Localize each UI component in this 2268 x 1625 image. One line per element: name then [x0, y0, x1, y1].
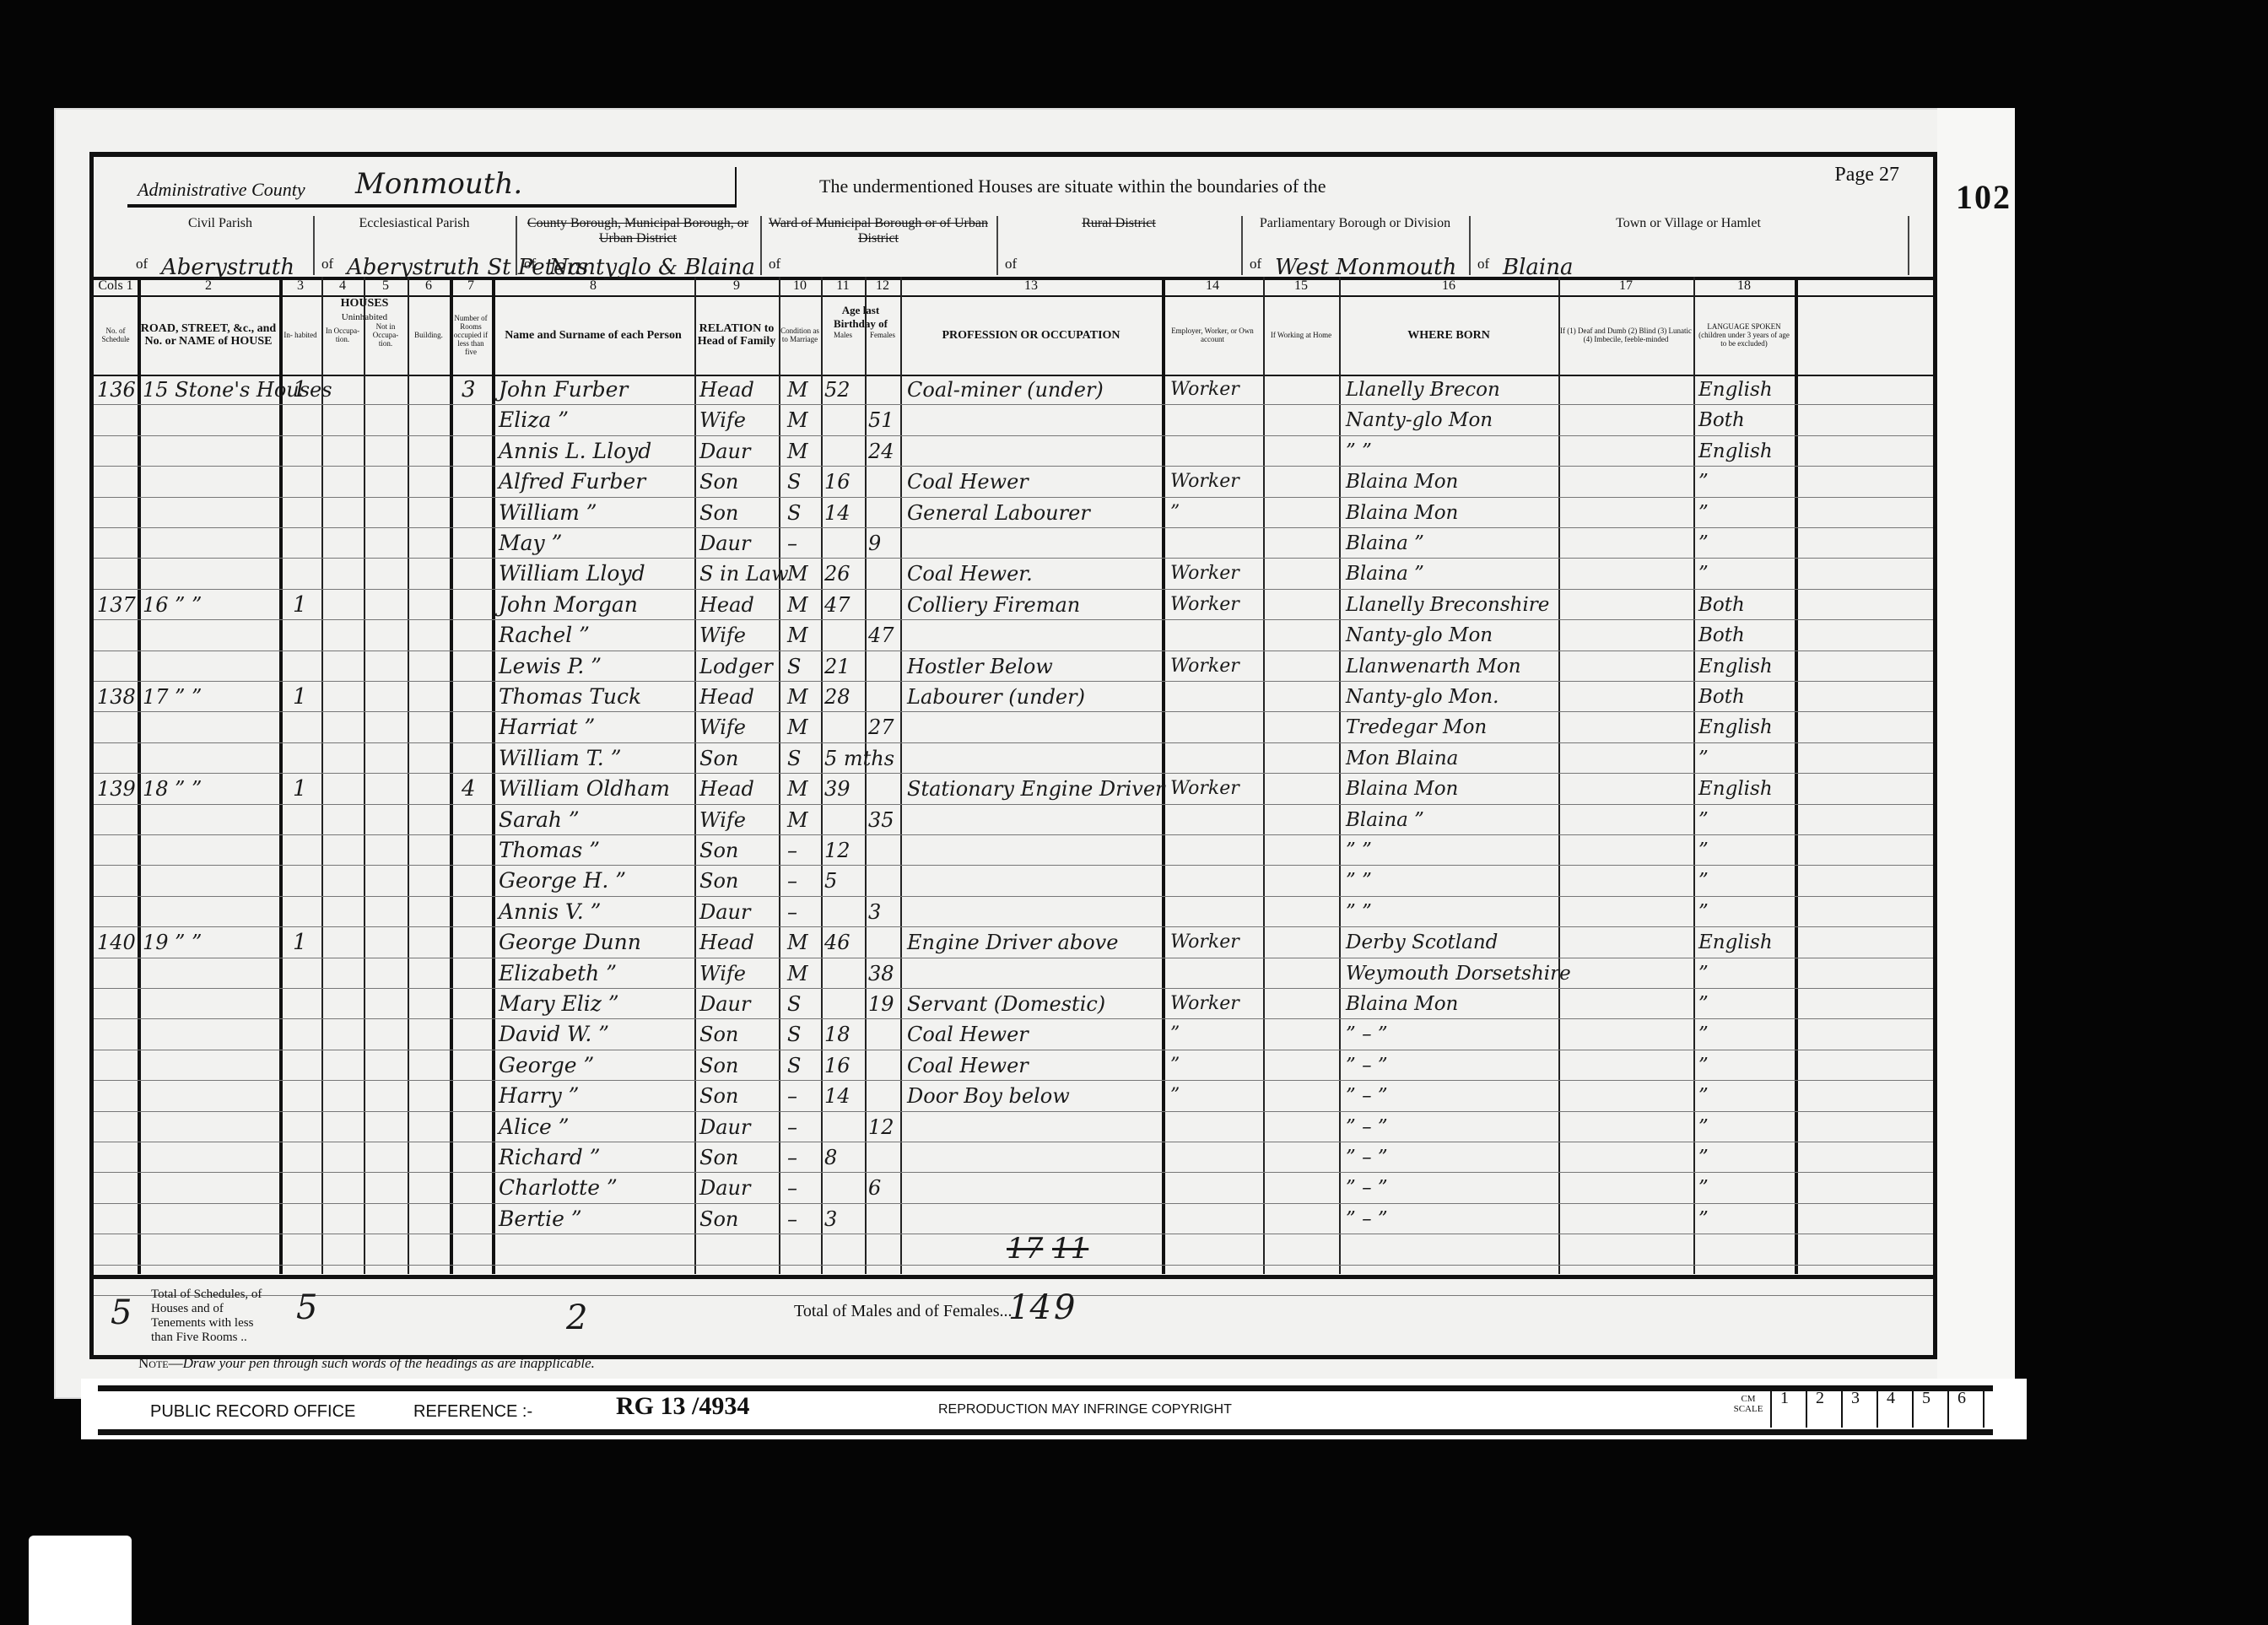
note-prefix: Note—: [138, 1355, 183, 1371]
cell-relation: Son: [699, 1206, 738, 1233]
office-label: PUBLIC RECORD OFFICE: [150, 1402, 355, 1422]
cell-schedule: 136: [97, 376, 136, 403]
scale-tick: 4: [1876, 1389, 1912, 1428]
film-marker: [29, 1536, 132, 1625]
column-number: 14: [1162, 278, 1263, 294]
cell-relation: Wife: [699, 622, 746, 649]
cell-male-age: 12: [824, 837, 850, 864]
cell-name: William T. ”: [499, 745, 621, 772]
cell-language: ”: [1698, 1144, 1709, 1171]
header-field-value: Nantyglo & Blaina: [549, 260, 755, 275]
cell-birthplace: ” – ”: [1346, 1082, 1388, 1109]
cell-name: Harriat ”: [499, 714, 595, 741]
cell-name: John Furber: [499, 376, 628, 403]
cell-male-age: 28: [824, 683, 850, 710]
column-header-language: LANGUAGE SPOKEN (children under 3 years …: [1693, 295, 1795, 375]
total-males: 14: [1008, 1294, 1051, 1321]
cell-occupation: Door Boy below: [907, 1082, 1070, 1109]
cell-occupation: Coal Hewer: [907, 468, 1029, 495]
cell-birthplace: Derby Scotland: [1346, 929, 1498, 956]
cell-relation: Daur: [699, 1174, 750, 1201]
cell-name: Sarah ”: [499, 807, 580, 834]
cell-name: Richard ”: [499, 1144, 601, 1171]
boundaries-intro: The undermentioned Houses are situate wi…: [819, 175, 1326, 197]
census-row: Annis V. ”Daur–3” ””: [94, 897, 1933, 927]
cell-language: ”: [1698, 468, 1709, 495]
page-label: Page: [1834, 164, 1874, 186]
header-field-of: of: [321, 256, 333, 272]
cell-condition: –: [787, 1144, 797, 1171]
cell-birthplace: Blaina Mon: [1346, 499, 1458, 526]
cell-relation: Wife: [699, 807, 746, 834]
cell-relation: Head: [699, 376, 754, 403]
census-row: Sarah ”WifeM35Blaina ””: [94, 805, 1933, 835]
cell-language: ”: [1698, 899, 1709, 926]
column-number: 17: [1558, 278, 1693, 294]
cell-name: William Oldham: [499, 775, 670, 802]
cell-birthplace: ” ”: [1346, 837, 1372, 864]
header-field: Parliamentary Borough or DivisionofWest …: [1241, 216, 1471, 275]
census-row: Charlotte ”Daur–6” – ””: [94, 1173, 1933, 1203]
cell-language: English: [1698, 376, 1773, 403]
cell-male-age: 21: [824, 653, 850, 680]
cell-employment: Worker: [1170, 560, 1239, 587]
header-field: Ward of Municipal Borough or of Urban Di…: [760, 216, 998, 275]
cell-condition: S: [787, 499, 801, 526]
census-row: Alice ”Daur–12” – ””: [94, 1112, 1933, 1142]
cell-birthplace: Llanelly Breconshire: [1346, 591, 1549, 618]
header-field-value: Blaina: [1503, 260, 1573, 275]
cell-employment: ”: [1170, 499, 1180, 526]
column-header-condition: Condition as to Marriage: [779, 295, 821, 375]
cell-language: ”: [1698, 960, 1709, 987]
cell-name: George H. ”: [499, 867, 626, 894]
cell-male-age: 47: [824, 591, 850, 618]
cell-male-age: 39: [824, 775, 850, 802]
column-headers: No. of ScheduleROAD, STREET, &c., and No…: [94, 295, 1933, 376]
cell-birthplace: Llanelly Brecon: [1346, 376, 1500, 403]
total-tenements: 2: [566, 1304, 587, 1331]
cell-relation: Daur: [699, 899, 750, 926]
scale-tick: 6: [1947, 1389, 1983, 1428]
total-houses-inhabited: 5: [296, 1294, 317, 1321]
totals-row: 5 Total of Schedules, of Houses and of T…: [94, 1275, 1933, 1355]
cell-female-age: 51: [868, 407, 894, 434]
note-text: Draw your pen through such words of the …: [183, 1355, 595, 1371]
column-number: 5: [364, 278, 408, 294]
cell-language: Both: [1698, 591, 1745, 618]
total-schedules: 5: [111, 1299, 132, 1326]
column-header-schedule: No. of Schedule: [94, 295, 138, 375]
cell-language: English: [1698, 653, 1773, 680]
column-number: 8: [492, 278, 694, 294]
county-label: Administrative County: [138, 179, 305, 201]
cell-inhabited: 1: [293, 775, 307, 802]
cell-schedule: 138: [97, 683, 136, 710]
census-row: 13918 ” ”14William OldhamHeadM39Stationa…: [94, 774, 1933, 804]
column-numbers: Cols 123456789101112131415161718: [94, 277, 1933, 297]
cell-name: William ”: [499, 499, 597, 526]
totals-schedules-label: Total of Schedules, of Houses and of Ten…: [151, 1288, 278, 1345]
total-females: 9: [1054, 1294, 1075, 1321]
cell-relation: Daur: [699, 1114, 750, 1141]
cell-birthplace: ” ”: [1346, 438, 1372, 465]
cell-relation: Son: [699, 745, 738, 772]
cell-employment: Worker: [1170, 775, 1239, 802]
cell-condition: M: [787, 929, 808, 956]
cell-name: Rachel ”: [499, 622, 590, 649]
cell-occupation: Coal-miner (under): [907, 376, 1104, 403]
column-header-occupation: PROFESSION OR OCCUPATION: [900, 295, 1162, 375]
scale-end: [1983, 1389, 2033, 1428]
scale-tick: 1: [1770, 1389, 1806, 1428]
cell-birthplace: ” – ”: [1346, 1174, 1388, 1201]
cell-birthplace: Blaina Mon: [1346, 991, 1458, 1018]
cell-employment: ”: [1170, 1052, 1180, 1079]
cell-occupation: Colliery Fireman: [907, 591, 1080, 618]
census-row: 13716 ” ”1John MorganHeadM47Colliery Fir…: [94, 590, 1933, 620]
cell-address: 16 ” ”: [143, 591, 202, 618]
cell-relation: Head: [699, 591, 754, 618]
page-margin: 102: [1937, 108, 2015, 1399]
cell-female-age: 19: [868, 991, 894, 1018]
cell-condition: M: [787, 807, 808, 834]
cell-language: ”: [1698, 807, 1709, 834]
cell-name: Lewis P. ”: [499, 653, 602, 680]
cell-birthplace: ” – ”: [1346, 1144, 1388, 1171]
cell-name: Harry ”: [499, 1082, 579, 1109]
form-note: Note—Draw your pen through such words of…: [138, 1355, 595, 1372]
cell-language: ”: [1698, 837, 1709, 864]
column-number: 9: [694, 278, 779, 294]
census-row: Elizabeth ”WifeM38Weymouth Dorsetshire”: [94, 958, 1933, 989]
cell-condition: S: [787, 1052, 801, 1079]
column-number: Cols 1: [94, 278, 138, 294]
cell-female-age: 27: [868, 714, 894, 741]
cell-occupation: Stationary Engine Driver: [907, 775, 1165, 802]
cell-name: George ”: [499, 1052, 594, 1079]
cell-female-age: 35: [868, 807, 894, 834]
cell-language: English: [1698, 775, 1773, 802]
column-number: 2: [138, 278, 279, 294]
scale-label: CM SCALE: [1726, 1389, 1770, 1431]
totals-males-females-label: Total of Males and of Females...: [794, 1304, 1012, 1319]
header-field-value: West Monmouth: [1275, 260, 1456, 275]
cell-schedule: 140: [97, 929, 136, 956]
cell-birthplace: Blaina Mon: [1346, 468, 1458, 495]
cell-relation: S in Law: [699, 560, 789, 587]
cell-condition: M: [787, 683, 808, 710]
cell-condition: –: [787, 1082, 797, 1109]
census-row: 14019 ” ”1George DunnHeadM46Engine Drive…: [94, 927, 1933, 958]
age-group-header: Age last Birthday of: [821, 304, 900, 331]
header-field: Rural Districtof: [996, 216, 1243, 275]
census-row: Alfred FurberSonS16Coal HewerWorkerBlain…: [94, 467, 1933, 497]
strip-top-rule: [98, 1385, 1993, 1391]
cell-birthplace: Llanwenarth Mon: [1346, 653, 1521, 680]
column-number: 4: [321, 278, 364, 294]
cell-birthplace: Blaina ”: [1346, 560, 1424, 587]
header-field-of: of: [1005, 256, 1017, 272]
cell-female-age: 9: [868, 530, 881, 557]
cell-name: Bertie ”: [499, 1206, 582, 1233]
cell-occupation: Servant (Domestic): [907, 991, 1105, 1018]
census-row: Annis L. LloydDaurM24” ”English: [94, 436, 1933, 467]
cell-male-age: 16: [824, 468, 850, 495]
cell-female-age: 3: [868, 899, 881, 926]
cell-language: ”: [1698, 560, 1709, 587]
cell-condition: S: [787, 468, 801, 495]
cell-condition: –: [787, 1206, 797, 1233]
cell-condition: M: [787, 960, 808, 987]
cell-birthplace: Mon Blaina: [1346, 745, 1458, 772]
census-row: May ”Daur–9Blaina ””: [94, 528, 1933, 559]
cell-name: Eliza ”: [499, 407, 569, 434]
header-field-label: Town or Village or Hamlet: [1469, 216, 1908, 231]
county-value: Monmouth.: [355, 167, 522, 201]
cell-name: Alfred Furber: [499, 468, 645, 495]
cell-birthplace: Blaina ”: [1346, 530, 1424, 557]
cell-employment: ”: [1170, 1082, 1180, 1109]
copyright-notice: REPRODUCTION MAY INFRINGE COPYRIGHT: [938, 1402, 1232, 1417]
cell-occupation: Labourer (under): [907, 683, 1085, 710]
cell-occupation: Coal Hewer.: [907, 560, 1033, 587]
cell-language: ”: [1698, 1206, 1709, 1233]
column-number: 10: [779, 278, 821, 294]
cell-name: John Morgan: [499, 591, 638, 618]
cell-language: ”: [1698, 991, 1709, 1018]
cell-relation: Lodger: [699, 653, 773, 680]
column-header-employment: Employer, Worker, or Own account: [1162, 295, 1263, 375]
header-field-value: Aberystruth: [161, 260, 294, 275]
cell-name: Alice ”: [499, 1114, 570, 1141]
cell-language: ”: [1698, 745, 1709, 772]
cell-relation: Son: [699, 837, 738, 864]
cell-occupation: Engine Driver above: [907, 929, 1118, 956]
cell-name: Charlotte ”: [499, 1174, 618, 1201]
cell-employment: Worker: [1170, 929, 1239, 956]
census-row: William LloydS in LawM26Coal Hewer.Worke…: [94, 559, 1933, 589]
cell-name: Mary Eliz ”: [499, 991, 619, 1018]
cell-birthplace: Tredegar Mon: [1346, 714, 1487, 741]
cell-schedule: 137: [97, 591, 136, 618]
cell-male-age: 3: [824, 1206, 837, 1233]
column-header-rooms: Number of Rooms occupied if less than fi…: [450, 295, 492, 375]
census-row: Lewis P. ”LodgerS21Hostler BelowWorkerLl…: [94, 651, 1933, 682]
header-field-label: Parliamentary Borough or Division: [1241, 216, 1469, 231]
header-field: Civil ParishofAberystruth: [127, 216, 315, 275]
column-number: 16: [1339, 278, 1558, 294]
census-row: George H. ”Son–5” ””: [94, 866, 1933, 896]
header-field: Ecclesiastical ParishofAberystruth St Pe…: [313, 216, 517, 275]
cell-name: George Dunn: [499, 929, 641, 956]
header-field-label: Ecclesiastical Parish: [313, 216, 516, 231]
cell-condition: –: [787, 899, 797, 926]
column-header-name: Name and Surname of each Person: [492, 295, 694, 375]
scale-tick: 5: [1912, 1389, 1947, 1428]
cell-relation: Head: [699, 775, 754, 802]
cell-condition: M: [787, 438, 808, 465]
cell-male-age: 5 mths: [824, 745, 894, 772]
cell-condition: M: [787, 714, 808, 741]
cell-condition: M: [787, 622, 808, 649]
cell-name: Thomas ”: [499, 837, 600, 864]
cell-employment: ”: [1170, 1021, 1180, 1048]
cell-condition: –: [787, 837, 797, 864]
cell-male-age: 5: [824, 867, 837, 894]
total-males-struck: 17: [1007, 1235, 1043, 1262]
cell-male-age: 18: [824, 1021, 850, 1048]
cell-name: Elizabeth ”: [499, 960, 617, 987]
cell-inhabited: 1: [293, 683, 307, 710]
cell-language: ”: [1698, 499, 1709, 526]
cell-relation: Son: [699, 499, 738, 526]
census-sheet: 102 Administrative County Monmouth. The …: [54, 108, 2015, 1399]
column-number: 13: [900, 278, 1162, 294]
cell-relation: Son: [699, 867, 738, 894]
cell-occupation: Hostler Below: [907, 653, 1053, 680]
header-field-of: of: [769, 256, 780, 272]
cell-name: William Lloyd: [499, 560, 645, 587]
cell-language: English: [1698, 714, 1773, 741]
cell-relation: Daur: [699, 530, 750, 557]
cell-employment: Worker: [1170, 468, 1239, 495]
cell-condition: S: [787, 991, 801, 1018]
census-row: Harry ”Son–14Door Boy below”” – ””: [94, 1081, 1933, 1111]
cell-occupation: General Labourer: [907, 499, 1090, 526]
cell-language: ”: [1698, 1174, 1709, 1201]
cell-employment: Worker: [1170, 591, 1239, 618]
cell-relation: Daur: [699, 991, 750, 1018]
census-row: Mary Eliz ”DaurS19Servant (Domestic)Work…: [94, 989, 1933, 1019]
cell-relation: Daur: [699, 438, 750, 465]
column-header-at-home: If Working at Home: [1263, 295, 1339, 375]
scale-tick: 2: [1806, 1389, 1841, 1428]
reference-label: REFERENCE :-: [413, 1402, 532, 1422]
header-field-label: Civil Parish: [127, 216, 313, 231]
column-header-infirmity: If (1) Deaf and Dumb (2) Blind (3) Lunat…: [1558, 295, 1693, 375]
cell-language: ”: [1698, 1021, 1709, 1048]
cell-language: ”: [1698, 530, 1709, 557]
strip-bottom-rule: [98, 1429, 1993, 1435]
cell-name: David W. ”: [499, 1021, 609, 1048]
cell-name: Annis L. Lloyd: [499, 438, 651, 465]
cell-inhabited: 1: [293, 591, 307, 618]
cell-condition: M: [787, 376, 808, 403]
cell-occupation: Coal Hewer: [907, 1052, 1029, 1079]
cell-name: May ”: [499, 530, 562, 557]
cell-female-age: 24: [868, 438, 894, 465]
cell-birthplace: Blaina ”: [1346, 807, 1424, 834]
cell-relation: Son: [699, 1144, 738, 1171]
header-field-of: of: [1477, 256, 1489, 272]
census-row: William T. ”SonS5 mthsMon Blaina”: [94, 743, 1933, 774]
cell-schedule: 139: [97, 775, 136, 802]
cell-language: Both: [1698, 622, 1745, 649]
cell-employment: Worker: [1170, 653, 1239, 680]
census-row: 13817 ” ”1Thomas TuckHeadM28Labourer (un…: [94, 682, 1933, 712]
census-row: 13615 Stone's Houses13John FurberHeadM52…: [94, 375, 1933, 405]
cell-relation: Son: [699, 1052, 738, 1079]
census-row: Richard ”Son–8” – ””: [94, 1142, 1933, 1173]
cell-relation: Son: [699, 1021, 738, 1048]
cell-condition: S: [787, 1021, 801, 1048]
header-field-label: Rural District: [996, 216, 1241, 231]
cell-inhabited: 1: [293, 929, 307, 956]
census-row: Rachel ”WifeM47Nanty-glo MonBoth: [94, 620, 1933, 651]
cell-relation: Son: [699, 468, 738, 495]
cell-relation: Wife: [699, 714, 746, 741]
cell-birthplace: Nanty-glo Mon: [1346, 407, 1493, 434]
cell-language: ”: [1698, 1052, 1709, 1079]
cell-male-age: 8: [824, 1144, 837, 1171]
cell-birthplace: Nanty-glo Mon.: [1346, 683, 1498, 710]
cell-address: 18 ” ”: [143, 775, 202, 802]
cell-relation: Wife: [699, 407, 746, 434]
header-field-label: County Borough, Municipal Borough, or Ur…: [516, 216, 760, 246]
cell-rooms: 3: [462, 376, 476, 403]
cell-birthplace: Weymouth Dorsetshire: [1346, 960, 1571, 987]
census-row: George ”SonS16Coal Hewer”” – ””: [94, 1050, 1933, 1081]
cell-male-age: 16: [824, 1052, 850, 1079]
cell-rooms: 4: [462, 775, 476, 802]
census-form: Administrative County Monmouth. The unde…: [89, 152, 1937, 1359]
folio-number: 102: [1956, 177, 2011, 217]
cell-male-age: 14: [824, 499, 850, 526]
cell-condition: –: [787, 1174, 797, 1201]
header-field-of: of: [524, 256, 536, 272]
header-field: County Borough, Municipal Borough, or Ur…: [516, 216, 762, 275]
cm-scale: CM SCALE 123456: [1726, 1389, 2033, 1431]
total-females-struck: 11: [1052, 1235, 1088, 1262]
column-number: 7: [450, 278, 492, 294]
page-number: 27: [1879, 164, 1899, 186]
cell-language: ”: [1698, 867, 1709, 894]
cell-relation: Wife: [699, 960, 746, 987]
cell-condition: S: [787, 745, 801, 772]
page-indicator: Page 27: [1834, 164, 1899, 186]
column-header-address: ROAD, STREET, &c., and No. or NAME of HO…: [138, 295, 279, 375]
column-number: 18: [1693, 278, 1795, 294]
cell-female-age: 6: [868, 1174, 881, 1201]
column-number: 3: [279, 278, 321, 294]
cell-employment: Worker: [1170, 991, 1239, 1018]
header-field-of: of: [136, 256, 148, 272]
column-header-birthplace: WHERE BORN: [1339, 295, 1558, 375]
column-number: 15: [1263, 278, 1339, 294]
cell-male-age: 26: [824, 560, 850, 587]
census-row: Thomas ”Son–12” ””: [94, 835, 1933, 866]
cell-male-age: 14: [824, 1082, 850, 1109]
cell-female-age: 47: [868, 622, 894, 649]
cell-language: ”: [1698, 1114, 1709, 1141]
cell-birthplace: ” – ”: [1346, 1206, 1388, 1233]
cell-condition: M: [787, 407, 808, 434]
cell-relation: Head: [699, 929, 754, 956]
cell-address: 19 ” ”: [143, 929, 202, 956]
form-header: Administrative County Monmouth. The unde…: [94, 157, 1933, 280]
census-row: William ”SonS14General Labourer”Blaina M…: [94, 498, 1933, 528]
header-field-of: of: [1250, 256, 1261, 272]
cell-birthplace: Blaina Mon: [1346, 775, 1458, 802]
cell-name: Annis V. ”: [499, 899, 601, 926]
cell-birthplace: ” – ”: [1346, 1052, 1388, 1079]
cell-condition: M: [787, 591, 808, 618]
cell-occupation: Coal Hewer: [907, 1021, 1029, 1048]
cell-relation: Son: [699, 1082, 738, 1109]
column-header-relation: RELATION to Head of Family: [694, 295, 779, 375]
scale-tick: 3: [1841, 1389, 1876, 1428]
